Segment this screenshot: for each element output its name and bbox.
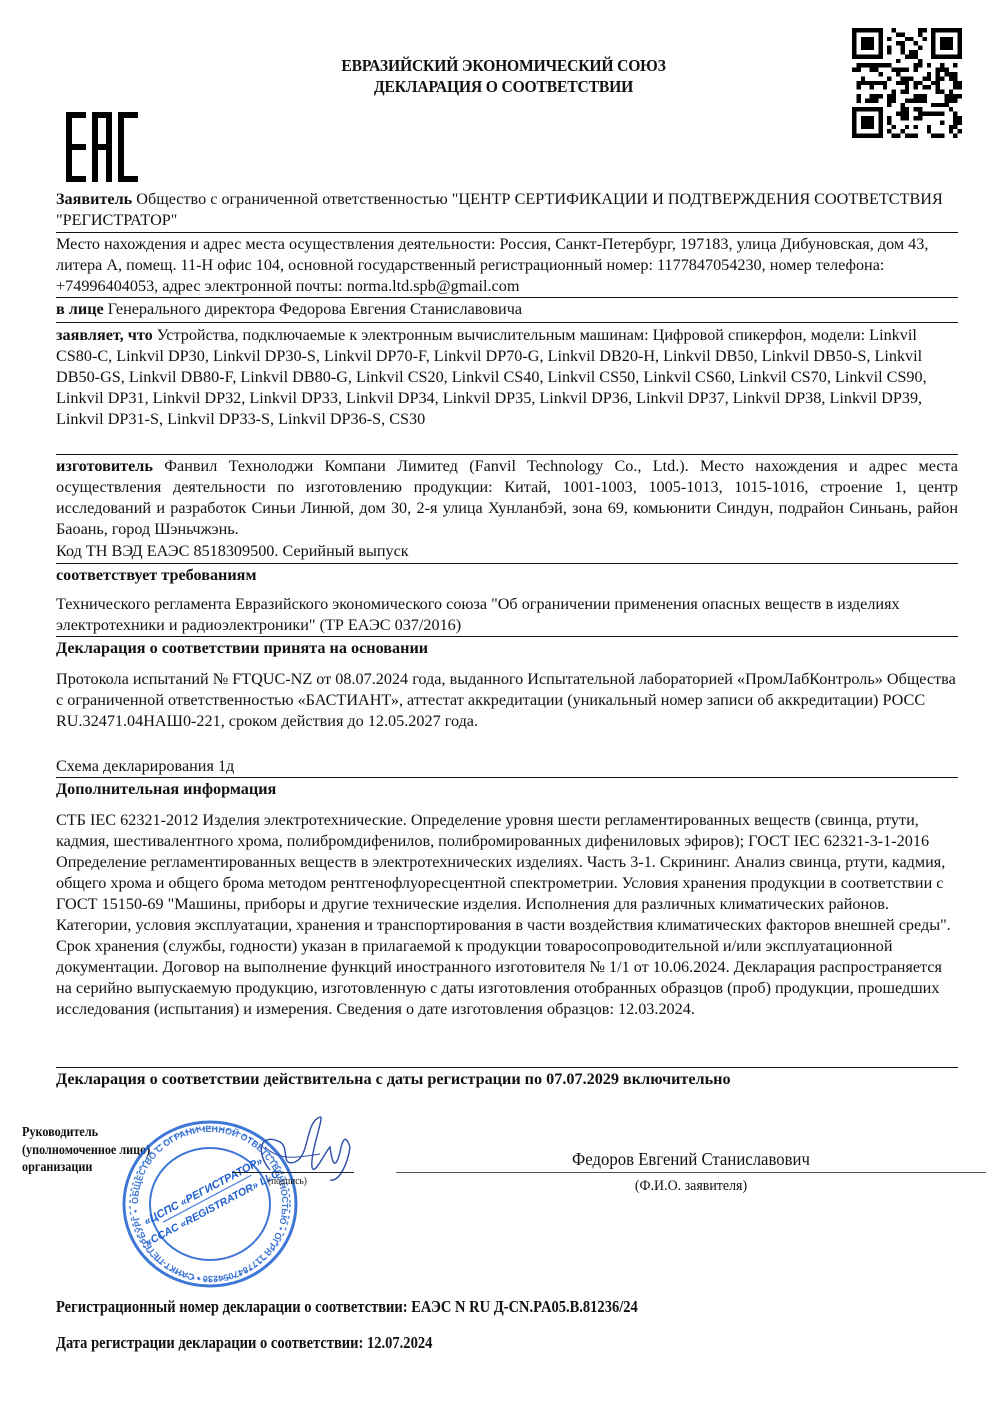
registration-date: Дата регистрации декларации о соответств… (56, 1333, 432, 1353)
tn-ved-code: Код ТН ВЭД ЕАЭС 8518309500. Серийный вып… (56, 541, 958, 562)
declares-section: заявляет, что Устройства, подключаемые к… (56, 325, 958, 430)
document-title: ДЕКЛАРАЦИЯ О СООТВЕТСТВИИ (40, 77, 966, 97)
signer-name-caption: (Ф.И.О. заявителя) (417, 1178, 966, 1195)
additional-label: Дополнительная информация (56, 779, 958, 800)
divider (56, 777, 958, 778)
applicant-text: Общество с ограниченной ответственностью… (56, 190, 943, 229)
declaration-scheme: Схема декларирования 1д (56, 756, 958, 777)
union-title: ЕВРАЗИЙСКИЙ ЭКОНОМИЧЕСКИЙ СОЮЗ (40, 56, 966, 76)
manufacturer-text: Фанвил Технолоджи Компани Лимитед (Fanvi… (56, 457, 958, 538)
registration-number: Регистрационный номер декларации о соотв… (56, 1297, 638, 1317)
basis-label: Декларация о соответствии принята на осн… (56, 638, 958, 659)
additional-text: СТБ IEC 62321-2012 Изделия электротехнич… (56, 810, 958, 1020)
complies-label: соответствует требованиям (56, 565, 958, 586)
basis-text: Протокола испытаний № FTQUC-NZ от 08.07.… (56, 669, 958, 732)
represented-section: в лице Генерального директора Федорова Е… (56, 299, 958, 320)
divider (56, 232, 958, 233)
divider (56, 454, 958, 455)
divider (56, 322, 958, 323)
declares-text: Устройства, подключаемые к электронным в… (56, 326, 927, 428)
divider (56, 1067, 958, 1068)
address-section: Место нахождения и адрес места осуществл… (56, 234, 958, 297)
applicant-label: Заявитель (56, 190, 132, 208)
signature-line (232, 1172, 354, 1173)
validity-statement: Декларация о соответствии действительна … (56, 1069, 958, 1090)
manufacturer-section: изготовитель Фанвил Технолоджи Компани Л… (56, 456, 958, 540)
divider (56, 636, 958, 637)
declares-label: заявляет, что (56, 326, 153, 344)
applicant-section: Заявитель Общество с ограниченной ответс… (56, 189, 958, 231)
eac-mark-icon (66, 112, 138, 182)
divider (56, 563, 958, 564)
represented-label: в лице (56, 300, 104, 318)
name-line (396, 1172, 986, 1173)
divider (56, 297, 958, 298)
manufacturer-label: изготовитель (56, 457, 153, 475)
qr-code-icon (850, 28, 964, 138)
signer-name: Федоров Евгений Станиславович (417, 1149, 966, 1170)
signature-caption: (подпись) (268, 1175, 307, 1187)
complies-text: Технического регламента Евразийского эко… (56, 594, 958, 636)
represented-text: Генерального директора Федорова Евгения … (108, 300, 522, 318)
